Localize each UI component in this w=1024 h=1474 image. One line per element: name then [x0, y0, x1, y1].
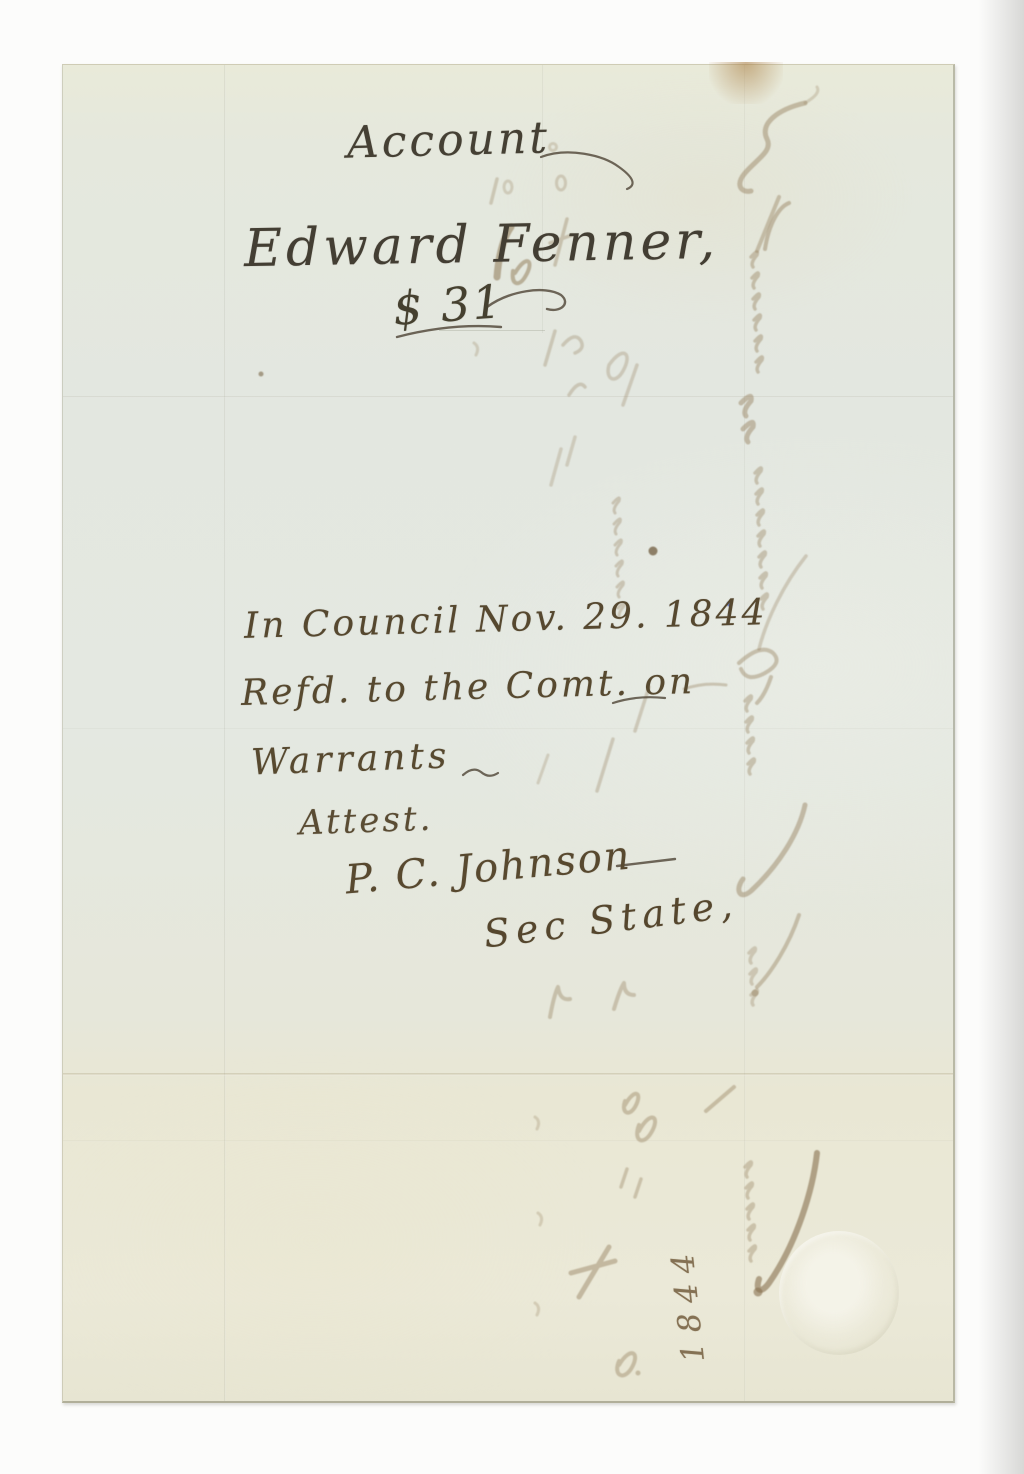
scanner-edge-shadow: [978, 0, 1024, 1474]
docket-amount: $ 31: [391, 274, 505, 336]
docket-payee-name: Edward Fenner,: [244, 211, 720, 279]
warrants-tilde: [463, 770, 498, 776]
scan-background: Account Edward Fenner, $ 31 In Council N…: [0, 0, 1024, 1474]
account-flourish: [541, 152, 633, 189]
document-sheet: Account Edward Fenner, $ 31 In Council N…: [62, 64, 955, 1403]
referral-line-2: Warrants: [250, 736, 451, 784]
docket-title: Account: [346, 112, 550, 168]
attest-label: Attest.: [298, 799, 434, 844]
